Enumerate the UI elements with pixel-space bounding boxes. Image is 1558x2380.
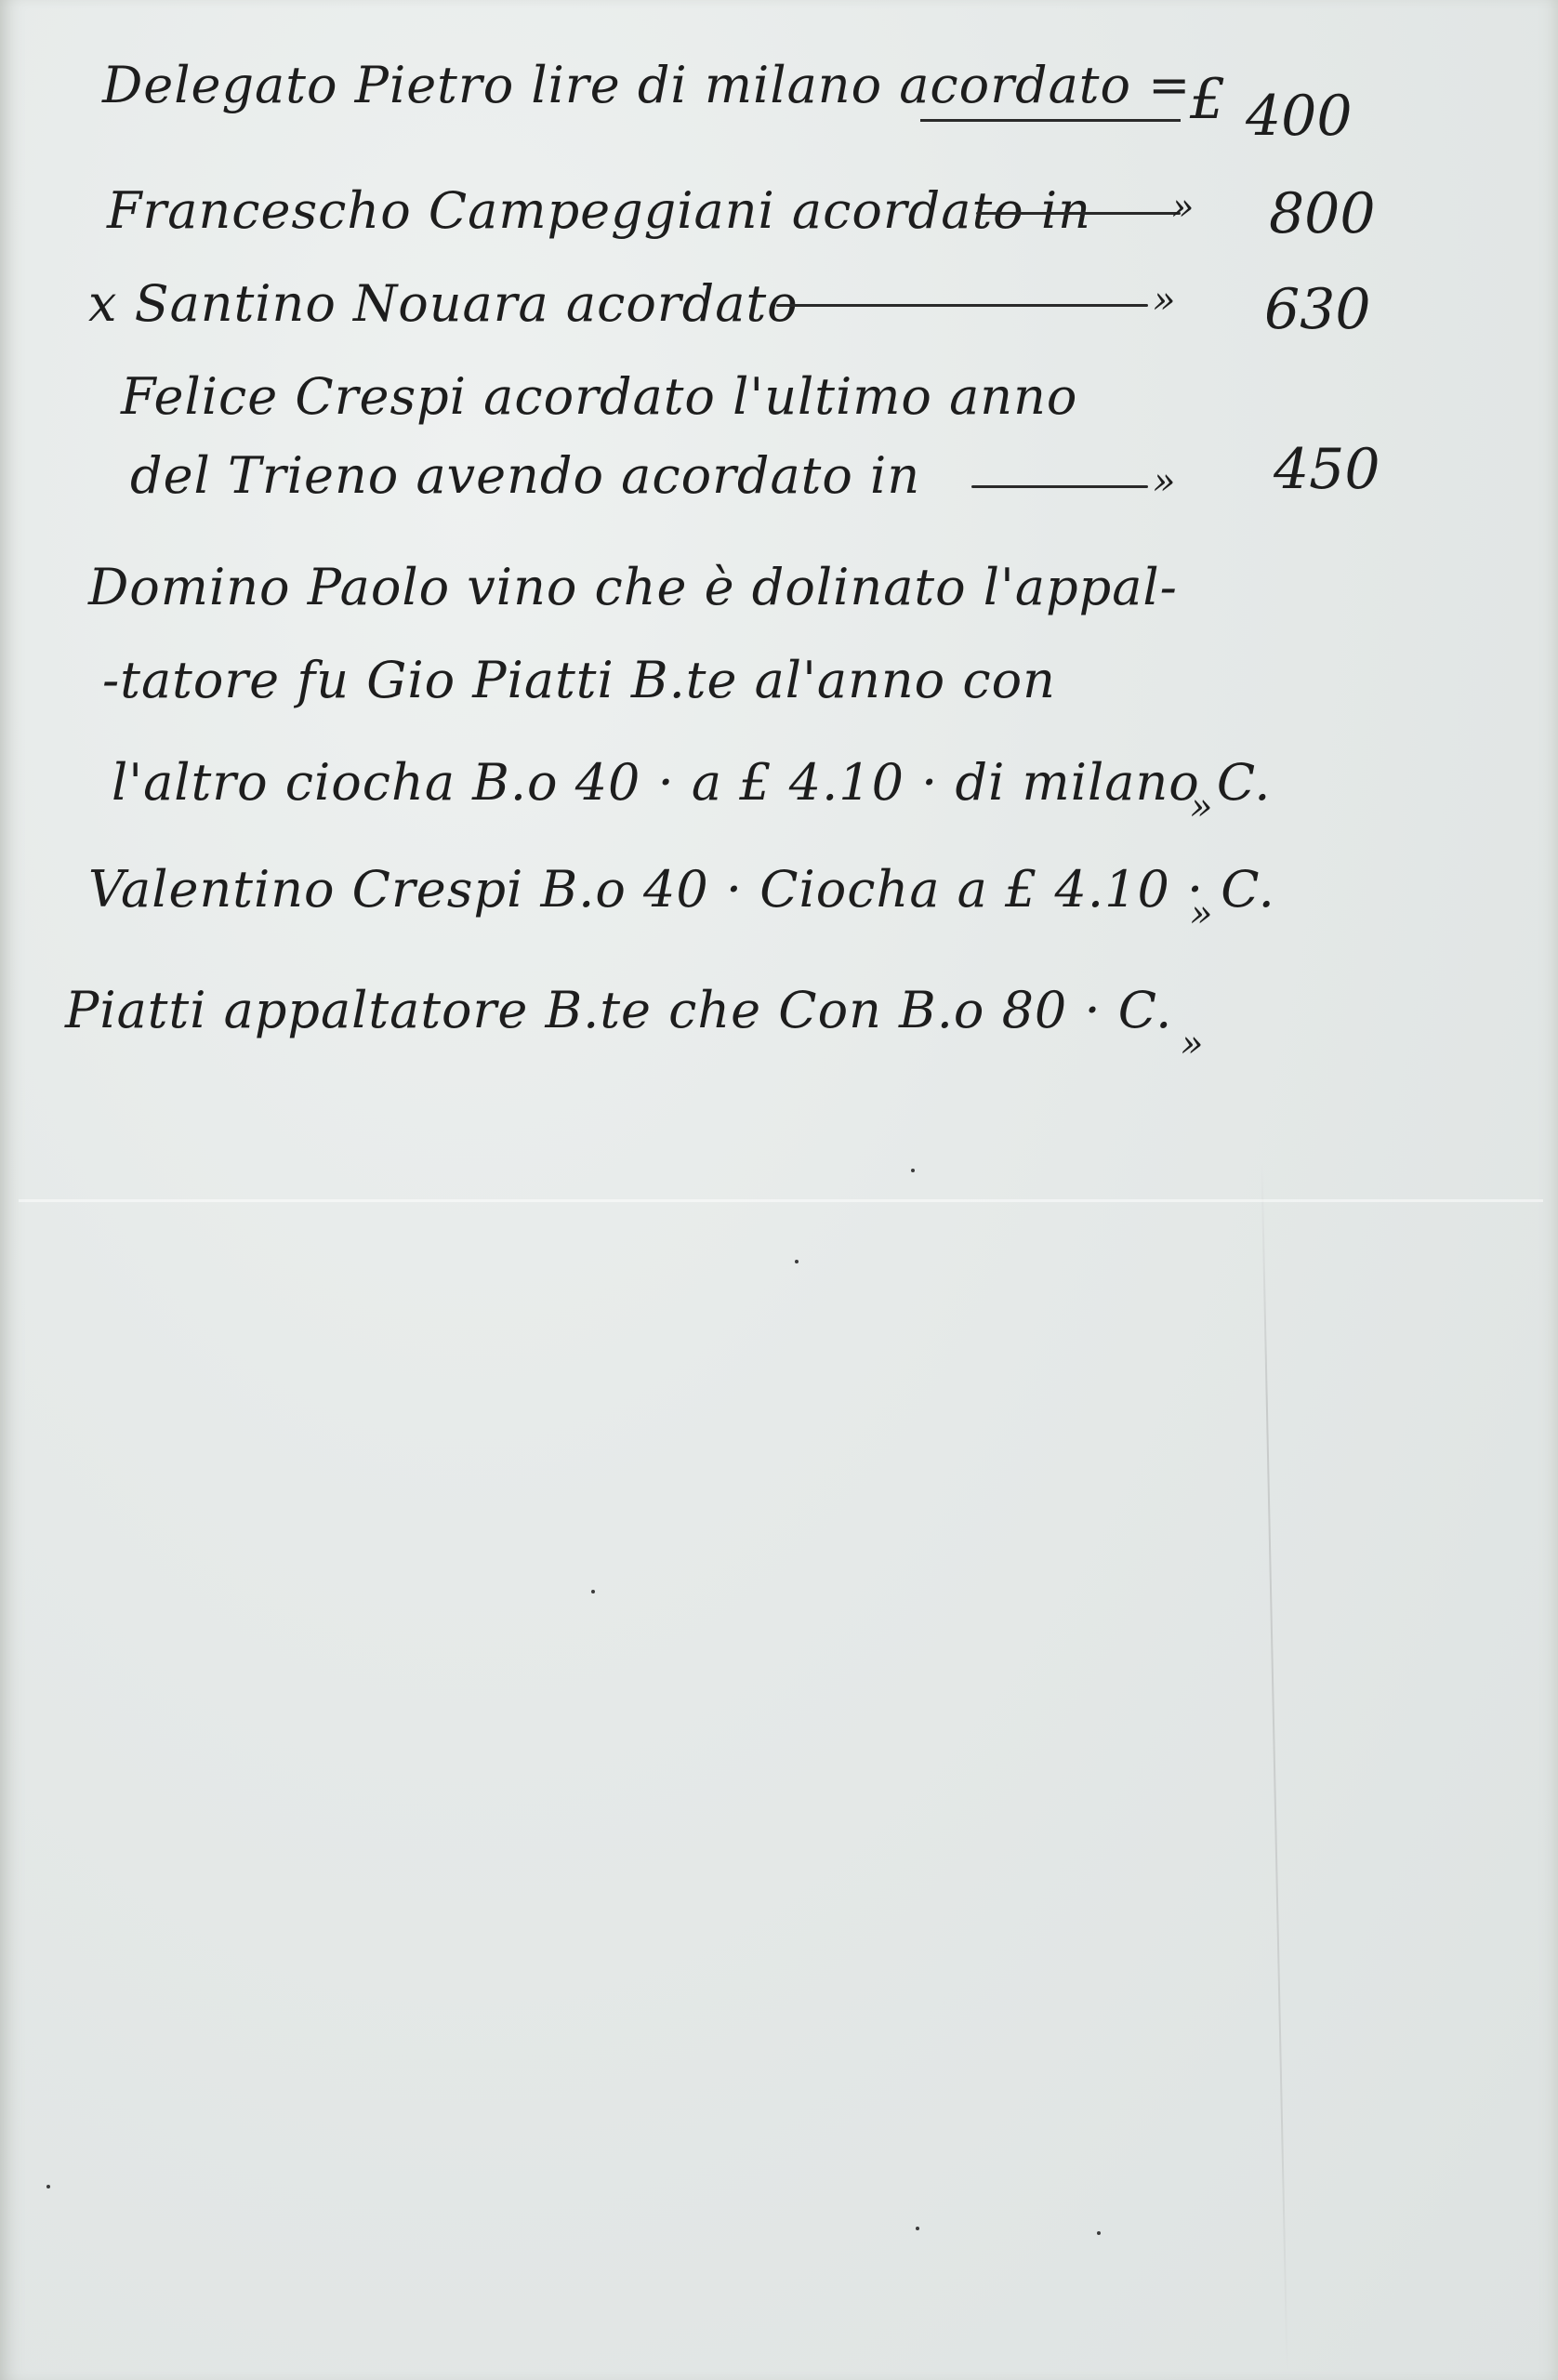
paper-fold-line: [1261, 1162, 1287, 2371]
check-mark: »: [1190, 786, 1212, 828]
entry-text: Delegato Pietro lire di milano acordato …: [102, 56, 1191, 114]
entry-text: Domino Paolo vino che è dolinato l'appal…: [88, 558, 1178, 616]
check-mark: »: [1181, 1023, 1203, 1065]
entry-text: l'altro ciocha B.o 40 · a £ 4.10 · di mi…: [112, 753, 1271, 812]
ditto-mark: »: [1171, 186, 1194, 229]
entry-text: del Trieno avendo acordato in: [130, 446, 920, 505]
ink-speck: [916, 2227, 919, 2230]
entry-text: Piatti appaltatore B.te che Con B.o 80 ·…: [65, 981, 1172, 1039]
ink-speck: [795, 1260, 799, 1263]
entry-text: -tatore fu Gio Piatti B.te al'anno con: [102, 651, 1056, 709]
ink-speck: [911, 1169, 915, 1172]
ink-speck: [46, 2185, 50, 2188]
entry-amount: 400: [1246, 84, 1353, 149]
leader-line: [971, 485, 1148, 488]
check-mark: »: [1190, 892, 1212, 935]
entry-text: Felice Crespi acordato l'ultimo anno: [121, 367, 1077, 426]
entry-text: Francescho Campeggiani acordato in: [107, 181, 1091, 240]
entry-amount: 800: [1269, 181, 1376, 246]
entry-amount: 630: [1264, 277, 1371, 342]
manuscript-page: Delegato Pietro lire di milano acordato …: [0, 0, 1558, 2380]
entry-text: x Santino Nouara acordato: [88, 274, 799, 333]
entry-marker: £: [1190, 67, 1225, 132]
ink-speck: [1097, 2231, 1101, 2235]
ditto-mark: »: [1153, 279, 1175, 322]
entry-text: Valentino Crespi B.o 40 · Ciocha a £ 4.1…: [88, 860, 1275, 919]
leader-line: [976, 212, 1181, 215]
entry-amount: 450: [1274, 437, 1380, 502]
paper-crease: [19, 1199, 1543, 1202]
ink-speck: [591, 1590, 595, 1593]
leader-line: [776, 304, 1148, 307]
entry-underline: [920, 119, 1181, 122]
ditto-mark: »: [1153, 460, 1175, 503]
